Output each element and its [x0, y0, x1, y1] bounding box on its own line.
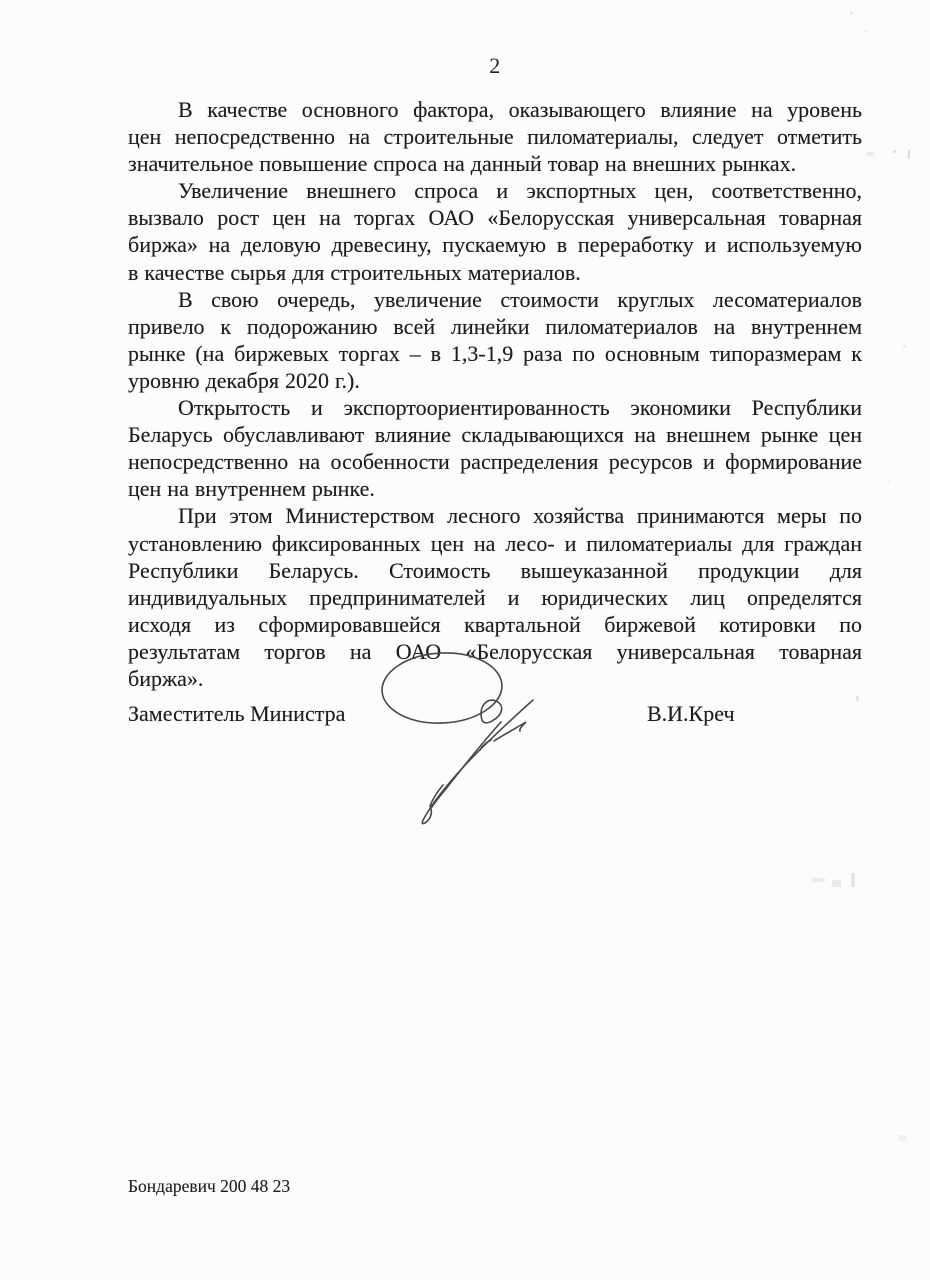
scan-artifact — [898, 1135, 906, 1141]
text-line: цен непосредственно на строительные пило… — [128, 123, 862, 150]
text-line: непосредственно на особенности распредел… — [128, 448, 862, 475]
text-line: вызвало рост цен на торгах ОАО «Белорусс… — [128, 204, 862, 231]
text-line: установлению фиксированных цен на лесо- … — [128, 530, 862, 557]
text-line: Беларусь обуславливают влияние складываю… — [128, 421, 862, 448]
scan-artifact — [856, 696, 859, 701]
scanned-document-page: 2 В качестве основного фактора, оказываю… — [0, 0, 930, 1280]
text-line: Увеличение внешнего спроса и экспортных … — [128, 177, 862, 204]
text-line: индивидуальных предпринимателей и юридич… — [128, 584, 862, 611]
scan-artifact — [851, 873, 855, 887]
text-line: В качестве основного фактора, оказывающе… — [128, 96, 862, 123]
scan-artifact — [908, 150, 910, 159]
scan-artifact — [850, 12, 853, 15]
scan-artifact — [812, 878, 825, 882]
text-line: привело к подорожанию всей линейки пилом… — [128, 313, 862, 340]
text-line: в качестве сырья для строительных матери… — [128, 259, 862, 286]
paragraph: В качестве основного фактора, оказывающе… — [128, 96, 862, 177]
text-line: рынке (на биржевых торгах – в 1,3-1,9 ра… — [128, 340, 862, 367]
paragraph: Открытость и экспортоориентированность э… — [128, 394, 862, 502]
text-line: В свою очередь, увеличение стоимости кру… — [128, 286, 862, 313]
text-line: Республики Беларусь. Стоимость вышеуказа… — [128, 557, 862, 584]
scan-artifact — [903, 345, 906, 348]
text-line: Открытость и экспортоориентированность э… — [128, 394, 862, 421]
text-line: исходя из сформировавшейся квартальной б… — [128, 611, 862, 638]
text-line: цен на внутреннем рынке. — [128, 475, 862, 502]
scan-artifact — [893, 150, 896, 153]
text-line: При этом Министерством лесного хозяйства… — [128, 502, 862, 529]
scan-artifact — [864, 30, 868, 32]
signer-title: Заместитель Министра — [128, 701, 345, 727]
scan-artifact — [866, 152, 874, 156]
handwritten-signature — [335, 640, 565, 840]
text-line: уровню декабря 2020 г.). — [128, 367, 862, 394]
text-line: значительное повышение спроса на данный … — [128, 150, 862, 177]
document-body: В качестве основного фактора, оказывающе… — [128, 96, 862, 692]
paragraph: Увеличение внешнего спроса и экспортных … — [128, 177, 862, 285]
scan-artifact — [832, 880, 841, 887]
scan-artifact — [888, 480, 891, 483]
paragraph: В свою очередь, увеличение стоимости кру… — [128, 286, 862, 394]
text-line: биржа» на деловую древесину, пускаемую в… — [128, 231, 862, 258]
page-number: 2 — [128, 53, 862, 79]
signer-name: В.И.Креч — [647, 701, 735, 727]
footer-contact: Бондаревич 200 48 23 — [128, 1176, 290, 1197]
